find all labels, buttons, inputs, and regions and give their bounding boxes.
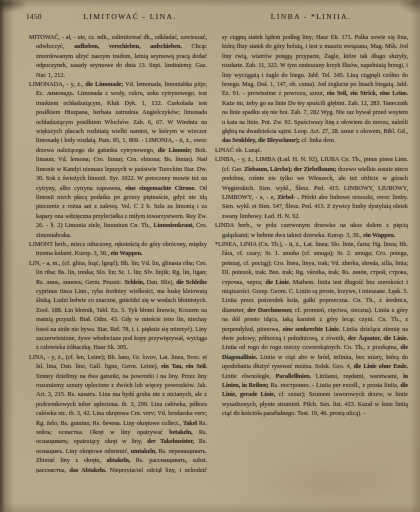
german-gloss-run: der Takelmeister, — [147, 438, 194, 445]
german-gloss-run: Takel — [183, 420, 197, 427]
entry-text-run: Vd. lemonada, limonishka pitje; Ec. лимо… — [36, 81, 207, 154]
german-gloss-run: Limonienkraut, — [153, 222, 193, 229]
entry-text-run: Każe im, żeby go na linie Do tey spuścil… — [222, 100, 408, 135]
german-gloss-run: das Abtakeln. — [70, 467, 107, 473]
entry-text-run: Liniiami, rzędami, warstwami, — [311, 373, 403, 380]
german-gloss-run: umtakeln, — [131, 448, 157, 455]
german-gloss-run: die Limonie; — [158, 147, 192, 154]
running-head-title-left: LIMITOWAĆ - LINA. — [52, 12, 208, 21]
dictionary-entry: LINDA herb., w polu czerwonym drzewko na… — [215, 221, 408, 240]
page-number: 1450 — [26, 13, 42, 21]
book-page: 1450 LIMITOWAĆ - LINA. LINBA - *LINIIA. … — [0, 0, 420, 512]
german-gloss-run: Schlein, — [124, 279, 144, 286]
entry-text-run: Liniie równoległe, — [222, 373, 276, 380]
german-gloss-run: der Durchmesser, — [247, 307, 292, 314]
german-gloss-run: die Linie ohne Ende. — [354, 363, 408, 370]
entry-text-run: Rs. построино. - Liniia per excell., z p… — [269, 382, 401, 389]
dictionary-entry: LIN, - a, m., (cf. glina, lnąć, lgnąć); … — [29, 259, 207, 353]
german-gloss-run: eine eingemachte Citrone. — [125, 185, 195, 192]
dictionary-entry: sy ciągną statek lądem podług liny; Haur… — [215, 33, 408, 146]
german-gloss-run: ein Wappen. — [111, 250, 143, 257]
dictionary-entry: LIMONT herb., miecz otłuczony, rękoieści… — [29, 240, 207, 259]
entry-text-run: cyprinus tinca Linn., ryba średniey wiel… — [36, 288, 207, 351]
entry-text-run: LIMONADA, - y, ż., — [29, 81, 85, 88]
dictionary-entry: LINBA, - y, ż., LIMBA (Ład. H. N. 92), L… — [215, 155, 408, 221]
entry-text-run: Liniia od rogu do rogu rzeczy czworokątn… — [222, 344, 400, 351]
running-head-title-right: LINBA - *LINIIA. — [271, 12, 351, 21]
german-gloss-run: das Senkbley, die Bleyschnur); — [222, 137, 300, 144]
german-gloss-run: ein Wappen. — [363, 232, 395, 239]
german-gloss-run: aufheben, verschieben, aufschieben. — [74, 43, 182, 50]
page-gutter-edge — [0, 0, 14, 512]
dictionary-entry: LINA, - y, ż., (cf. len, Leine); Bh. lan… — [29, 353, 207, 473]
text-column-left: MITOWAĆ, - ał, - uie, cz. ndk., zalimito… — [29, 33, 207, 473]
german-gloss-run: abtakeln, — [107, 457, 131, 464]
german-gloss-run: die Schleihe — [176, 279, 207, 286]
page-edge-smudge — [398, 0, 420, 15]
page-bottom-edge — [0, 502, 420, 512]
page-top-edge — [0, 0, 420, 8]
page-edge-smudge — [0, 0, 28, 13]
german-gloss-run: die Limonade; — [85, 81, 123, 88]
entry-text-run: sy ciągną statek lądem podług liny; Haur… — [222, 34, 408, 97]
dictionary-entry: LINAĆ ob. Lunąć. — [215, 146, 408, 155]
running-head-right: LINBA - *LINIIA. — [214, 12, 408, 21]
german-gloss-run: Zirbel- . — [277, 194, 299, 201]
entry-text-run: LINAĆ ob. Lunąć. — [215, 147, 262, 154]
german-gloss-run: die Linie. — [265, 279, 290, 286]
entry-text-run: cf. linka dem. — [300, 137, 336, 144]
page-right-edge — [410, 0, 420, 512]
german-gloss-run: ein Tau, ein Seil. — [161, 363, 207, 370]
german-gloss-run: ein Seil, ein Strick, eine Leine. — [327, 90, 408, 97]
entry-text-run: Sznury dzielimy na dwa gatunki, na powro… — [36, 373, 207, 427]
german-gloss-run: der Äquator, die Linie. — [348, 335, 408, 342]
dictionary-entry: *LINEA, LINIA (Cn. Th.), - ii, ż., Lat. … — [215, 240, 408, 419]
running-head-left: 1450 LIMITOWAĆ - LINA. — [26, 12, 208, 21]
entry-text-run: Dan. Slie), — [144, 279, 176, 286]
dictionary-entry: LIMONADA, - y, ż., die Limonade; Vd. lem… — [29, 80, 207, 240]
german-gloss-run: eine senkrechte Linie. — [283, 326, 340, 333]
text-column-right: sy ciągną statek lądem podług liny; Haur… — [215, 33, 408, 453]
dictionary-entry: MITOWAĆ, - ał, - uie, cz. ndk., zalimito… — [29, 33, 207, 80]
german-gloss-run: betakeln, — [169, 429, 192, 436]
german-gloss-run: Ziebaum, Lärche); der Zirbelbaum; — [244, 166, 336, 173]
german-gloss-run: Parallellinien. — [276, 373, 311, 380]
